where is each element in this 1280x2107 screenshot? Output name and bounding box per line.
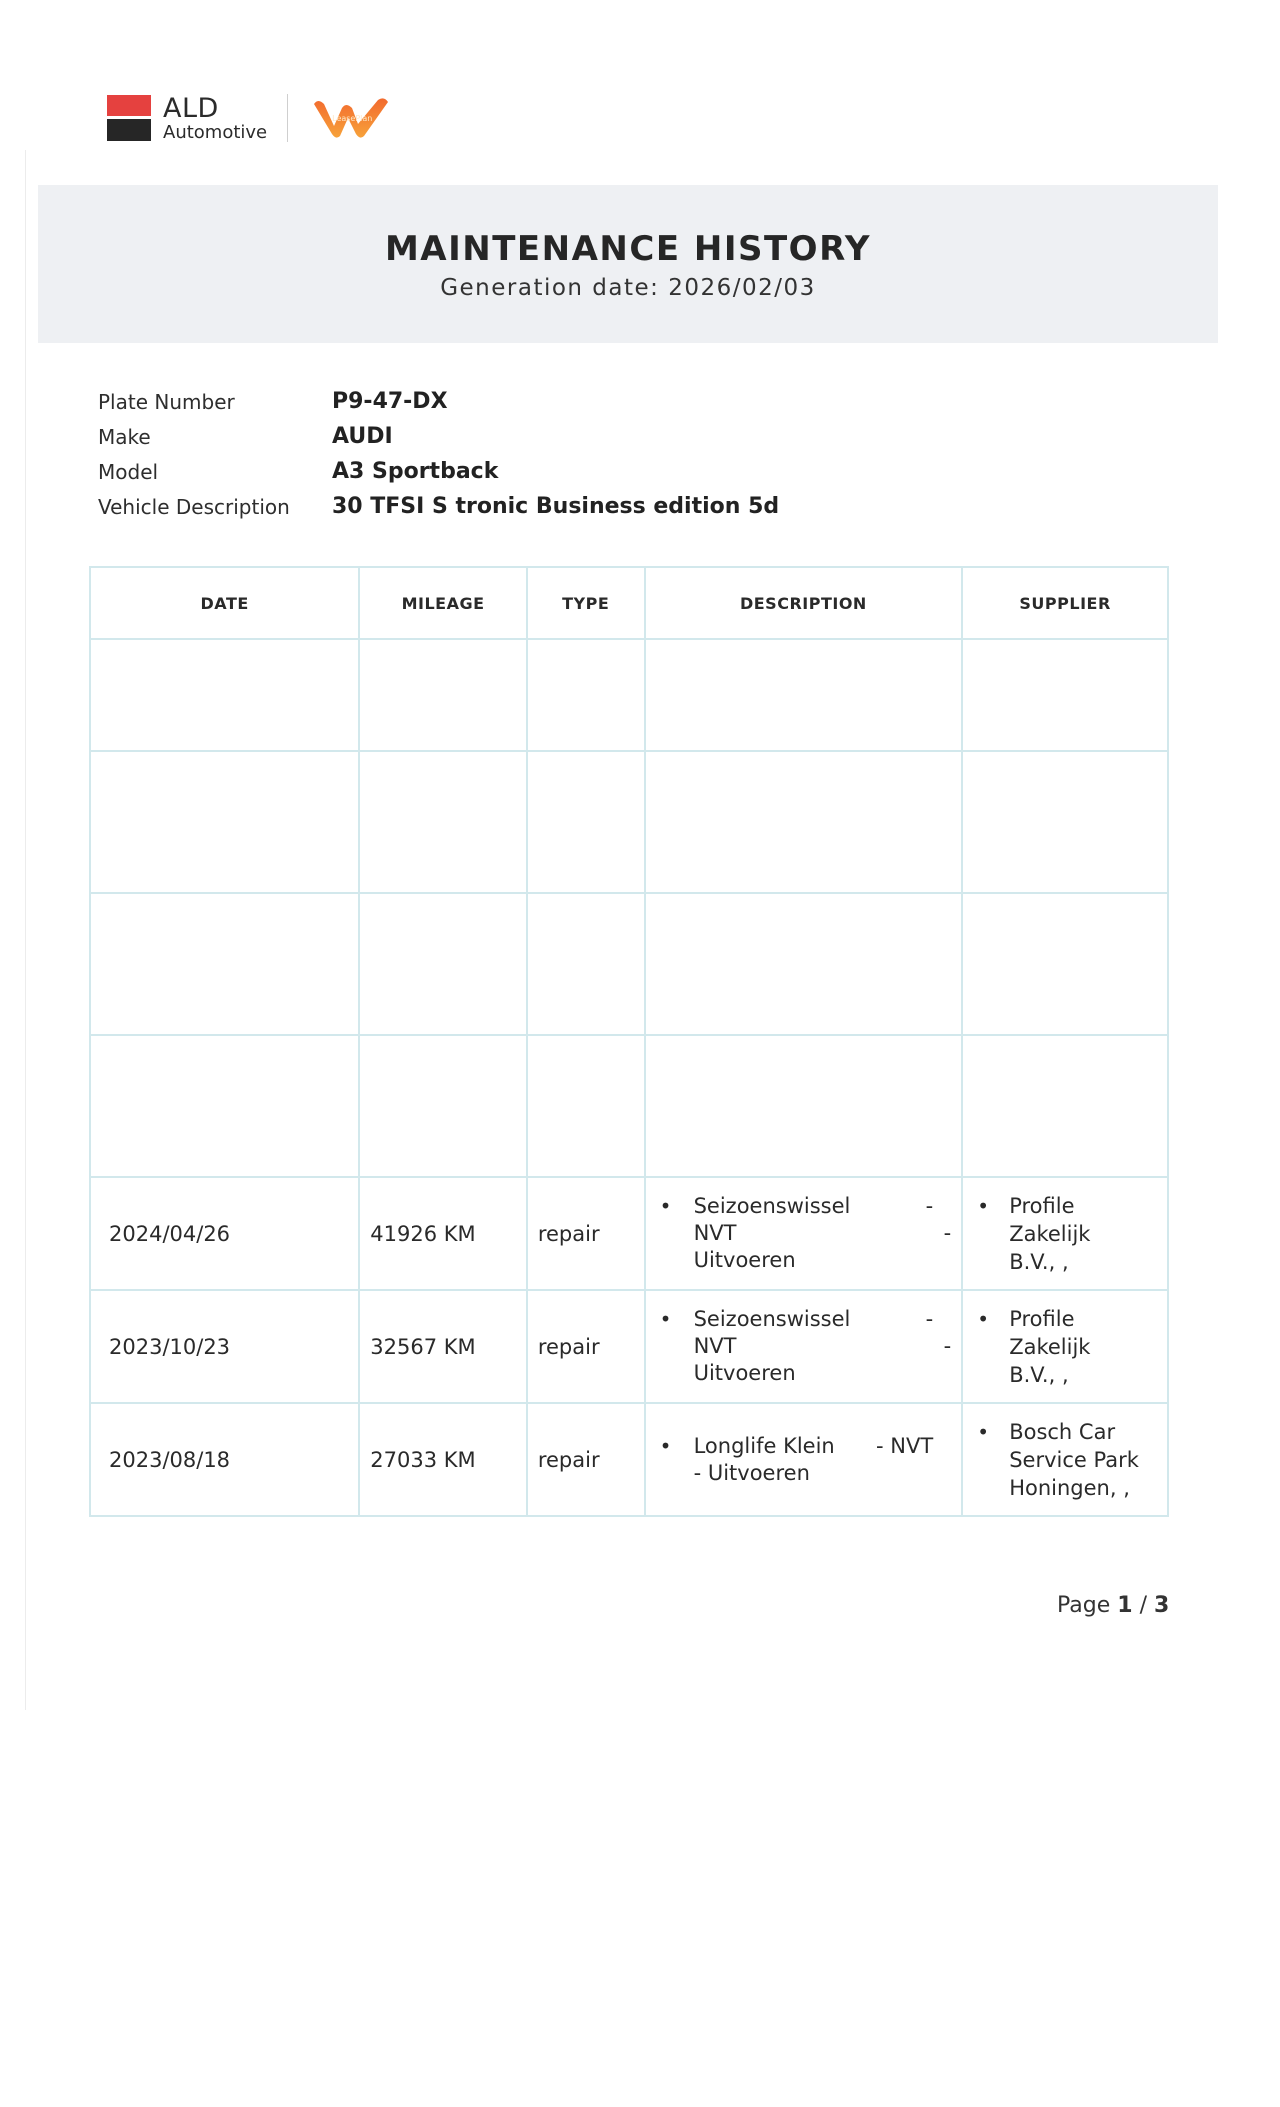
cell-description: • Seizoenswissel- NVT- Uitvoeren — [645, 1290, 963, 1403]
cell-type: repair — [527, 1177, 645, 1290]
cell-mileage: 41926 KM — [359, 1177, 527, 1290]
cell-supplier: • Profile Zakelijk B.V., , — [962, 1177, 1168, 1290]
bullet-icon: • — [660, 1193, 672, 1220]
info-label: Plate Number — [98, 390, 332, 414]
ald-name: ALD — [163, 95, 267, 122]
empty-table-row — [90, 639, 1168, 751]
logo-divider — [287, 94, 288, 142]
brand-logos: ALD Automotive LeasePlan — [107, 94, 394, 142]
total-pages: 3 — [1154, 1593, 1169, 1618]
cell-supplier: • Profile Zakelijk B.V., , — [962, 1290, 1168, 1403]
info-label: Model — [98, 460, 332, 484]
info-row-model: Model A3 Sportback — [98, 454, 779, 489]
bullet-icon: • — [660, 1306, 672, 1333]
ald-sub: Automotive — [163, 124, 267, 142]
cell-mileage: 32567 KM — [359, 1290, 527, 1403]
bullet-icon: • — [977, 1305, 989, 1333]
cell-mileage: 27033 KM — [359, 1403, 527, 1516]
info-row-description: Vehicle Description 30 TFSI S tronic Bus… — [98, 489, 779, 524]
table-row: 2024/04/26 41926 KM repair • Seizoenswis… — [90, 1177, 1168, 1290]
cell-date: 2024/04/26 — [90, 1177, 359, 1290]
scan-page-edge — [25, 150, 26, 1710]
maintenance-table: DATE MILEAGE TYPE DESCRIPTION SUPPLIER 2… — [89, 566, 1169, 1517]
page-indicator: Page 1 / 3 — [1057, 1593, 1169, 1618]
empty-table-row — [90, 893, 1168, 1035]
leaseplan-name: LeasePlan — [332, 114, 372, 123]
generation-date: Generation date: 2026/02/03 — [38, 275, 1218, 301]
bullet-icon: • — [977, 1192, 989, 1220]
ald-logo-icon — [107, 95, 151, 141]
plate-number: P9-47-DX — [332, 389, 448, 414]
cell-date: 2023/08/18 — [90, 1403, 359, 1516]
column-header-mileage: MILEAGE — [359, 567, 527, 639]
cell-type: repair — [527, 1403, 645, 1516]
cell-description: • Seizoenswissel- NVT- Uitvoeren — [645, 1177, 963, 1290]
info-label: Vehicle Description — [98, 495, 332, 519]
empty-table-row — [90, 751, 1168, 893]
table-header-row: DATE MILEAGE TYPE DESCRIPTION SUPPLIER — [90, 567, 1168, 639]
vehicle-make: AUDI — [332, 424, 393, 449]
cell-date: 2023/10/23 — [90, 1290, 359, 1403]
table-row: 2023/08/18 27033 KM repair • Longlife Kl… — [90, 1403, 1168, 1516]
column-header-supplier: SUPPLIER — [962, 567, 1168, 639]
title-band: MAINTENANCE HISTORY Generation date: 202… — [38, 185, 1218, 343]
vehicle-description: 30 TFSI S tronic Business edition 5d — [332, 494, 779, 519]
info-row-make: Make AUDI — [98, 419, 779, 454]
ald-wordmark: ALD Automotive — [163, 95, 267, 142]
bullet-icon: • — [977, 1418, 989, 1446]
info-row-plate: Plate Number P9-47-DX — [98, 384, 779, 419]
page-title: MAINTENANCE HISTORY — [38, 229, 1218, 269]
bullet-icon: • — [660, 1433, 672, 1460]
table-row: 2023/10/23 32567 KM repair • Seizoenswis… — [90, 1290, 1168, 1403]
column-header-type: TYPE — [527, 567, 645, 639]
current-page: 1 — [1117, 1593, 1132, 1618]
cell-type: repair — [527, 1290, 645, 1403]
cell-supplier: • Bosch Car Service Park Honingen, , — [962, 1403, 1168, 1516]
leaseplan-logo-icon: LeasePlan — [308, 94, 394, 142]
column-header-description: DESCRIPTION — [645, 567, 963, 639]
vehicle-info: Plate Number P9-47-DX Make AUDI Model A3… — [98, 384, 779, 524]
empty-table-row — [90, 1035, 1168, 1177]
column-header-date: DATE — [90, 567, 359, 639]
vehicle-model: A3 Sportback — [332, 459, 498, 484]
info-label: Make — [98, 425, 332, 449]
cell-description: • Longlife Klein- NVT - Uitvoeren — [645, 1403, 963, 1516]
